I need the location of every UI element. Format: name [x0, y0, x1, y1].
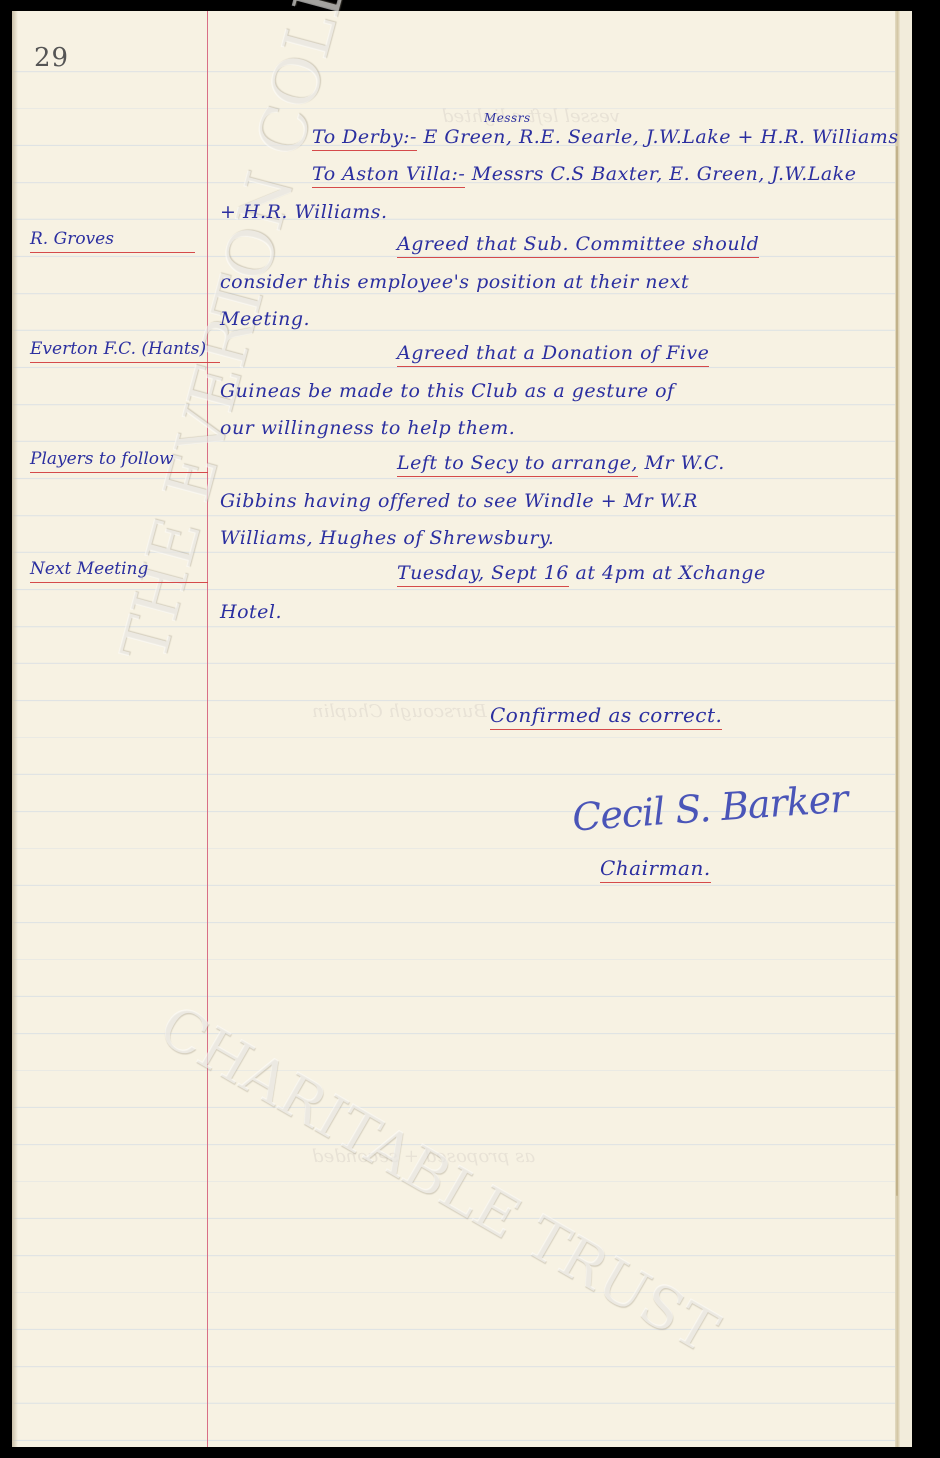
- watermark-text: CHARITABLE TRUST: [148, 991, 730, 1366]
- entry-line: To Derby:- E Green, R.E. Searle, J.W.Lak…: [312, 126, 899, 148]
- page-number: 29: [34, 43, 69, 73]
- entry-line: our willingness to help them.: [220, 417, 515, 439]
- underlined-heading: Tuesday, Sept 16: [397, 562, 569, 587]
- page-shadow: [12, 11, 18, 1447]
- entry-line: Meeting.: [220, 308, 310, 330]
- line-text: Messrs C.S Baxter, E. Green, J.W.Lake: [465, 163, 856, 185]
- chairman-label: Chairman.: [600, 856, 711, 883]
- margin-label: R. Groves: [30, 229, 195, 253]
- margin-label: Everton F.C. (Hants): [30, 339, 220, 363]
- chairman-title: Chairman.: [600, 856, 711, 880]
- margin-label: Next Meeting: [30, 559, 208, 583]
- entry-line: + H.R. Williams.: [220, 201, 388, 223]
- caret-insert: Messrs: [484, 111, 531, 125]
- confirmation-text: Confirmed as correct.: [490, 703, 722, 727]
- show-through-text: Burscough Chaplin: [312, 701, 487, 722]
- chairman-signature: Cecil S. Barker: [571, 776, 849, 839]
- line-text: at 4pm at Xchange: [569, 562, 766, 584]
- entry-line: Williams, Hughes of Shrewsbury.: [220, 527, 554, 549]
- underlined-heading: Agreed that a Donation of Five: [397, 342, 709, 367]
- margin-label: Players to follow: [30, 449, 208, 473]
- line-text: E Green, R.E. Searle, J.W.Lake + H.R. Wi…: [417, 126, 899, 148]
- ledger-page: 29 vessel left a lighted Burscough Chapl…: [12, 11, 912, 1447]
- entry-line: Agreed that Sub. Committee should: [397, 233, 759, 255]
- underlined-heading: Left to Secy to arrange,: [397, 452, 638, 477]
- entry-line: Tuesday, Sept 16 at 4pm at Xchange: [397, 562, 766, 584]
- entry-line: To Aston Villa:- Messrs C.S Baxter, E. G…: [312, 163, 856, 185]
- underlined-heading: To Derby:-: [312, 126, 417, 151]
- entry-line: Guineas be made to this Club as a gestur…: [220, 380, 675, 402]
- entry-line: Agreed that a Donation of Five: [397, 342, 709, 364]
- underlined-heading: To Aston Villa:-: [312, 163, 465, 188]
- underlined-heading: Agreed that Sub. Committee should: [397, 233, 759, 258]
- next-page-edge: [900, 11, 912, 1447]
- entry-line: Hotel.: [220, 601, 282, 623]
- line-text: Mr W.C.: [638, 452, 725, 474]
- entry-line: Gibbins having offered to see Windle + M…: [220, 490, 698, 512]
- entry-line: consider this employee's position at the…: [220, 271, 689, 293]
- spine-groove: [896, 146, 898, 1196]
- confirmed-label: Confirmed as correct.: [490, 703, 722, 730]
- entry-line: Left to Secy to arrange, Mr W.C.: [397, 452, 725, 474]
- margin-rule: [207, 11, 208, 1447]
- show-through-text: as proposed + seconded: [312, 1146, 535, 1167]
